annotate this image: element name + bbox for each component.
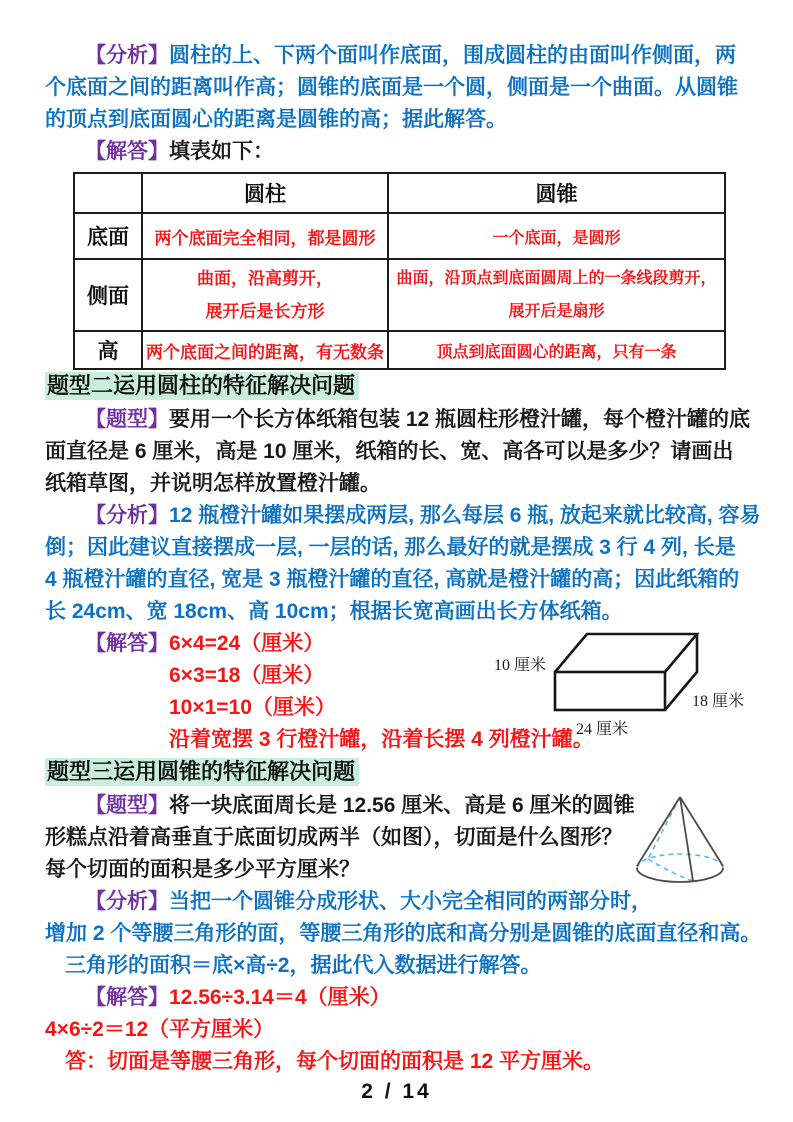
cuboid-front-face — [555, 672, 665, 710]
analysis-text: 当把一个圆锥分成形状、大小完全相同的两部分时， — [169, 890, 652, 913]
cell-line: 曲面，沿高剪开， — [143, 262, 387, 295]
answer-intro-line: 【解答】填表如下： — [45, 136, 763, 168]
analysis-label: 【分析】 — [85, 890, 169, 913]
box-length-label: 24 厘米 — [576, 716, 628, 739]
section-2-title: 题型二运用圆柱的特征解决问题 — [45, 372, 359, 400]
table-header-cone: 圆锥 — [388, 173, 725, 213]
cell-cylinder-base: 两个底面完全相同，都是圆形 — [142, 213, 388, 259]
cone-cut-visible-edge — [680, 797, 693, 881]
analysis-paragraph-2-line: 4 瓶橙汁罐的直径, 宽是 3 瓶橙汁罐的直径, 高就是橙汁罐的高；因此纸箱的 — [45, 564, 763, 596]
row-header-height: 高 — [74, 331, 142, 369]
analysis-paragraph-2-line: 【分析】12 瓶橙汁罐如果摆成两层, 那么每层 6 瓶, 放起来就比较高, 容易 — [45, 500, 763, 532]
analysis-paragraph-2-line: 长 24cm、宽 18cm、高 10cm；根据长宽高画出长方体纸箱。 — [45, 596, 763, 628]
problem-paragraph-2-line: 纸箱草图，并说明怎样放置橙汁罐。 — [45, 468, 763, 500]
cuboid-top-face — [555, 634, 697, 672]
cell-cone-side: 曲面，沿顶点到底面圆周上的一条线段剪开， 展开后是扇形 — [388, 259, 725, 331]
answer-label: 【解答】 — [85, 632, 169, 655]
analysis-paragraph-1-line: 个底面之间的距离叫作高；圆锥的底面是一个圆，侧面是一个曲面。从圆锥 — [45, 72, 763, 104]
cone-diagram — [618, 778, 758, 918]
problem-paragraph-2-line: 【题型】要用一个长方体纸箱包装 12 瓶圆柱形橙汁罐，每个橙汁罐的底 — [45, 404, 763, 436]
analysis-paragraph-3-line: 增加 2 个等腰三角形的面，等腰三角形的底和高分别是圆锥的底面直径和高。 — [45, 918, 763, 950]
analysis-label: 【分析】 — [85, 504, 169, 527]
cell-line: 展开后是扇形 — [389, 295, 724, 328]
equation: 12.56÷3.14＝4（厘米） — [169, 986, 391, 1009]
cell-cylinder-side: 曲面，沿高剪开， 展开后是长方形 — [142, 259, 388, 331]
cell-cylinder-height: 两个底面之间的距离，有无数条 — [142, 331, 388, 369]
table-row: 底面 两个底面完全相同，都是圆形 一个底面，是圆形 — [74, 213, 725, 259]
answer-intro-text: 填表如下： — [169, 140, 274, 163]
cell-line: 曲面，沿顶点到底面圆周上的一条线段剪开， — [389, 262, 724, 295]
cell-line: 展开后是长方形 — [143, 295, 387, 328]
analysis-paragraph-1-line: 【分析】圆柱的上、下两个面叫作底面，围成圆柱的由面叫作侧面，两 — [45, 40, 763, 72]
problem-text: 将一块底面周长是 12.56 厘米、高是 6 厘米的圆锥 — [169, 794, 635, 817]
cone-base-front-arc — [637, 868, 723, 882]
cell-cone-base: 一个底面，是圆形 — [388, 213, 725, 259]
answer-label: 【解答】 — [85, 986, 169, 1009]
table-row: 侧面 曲面，沿高剪开， 展开后是长方形 曲面，沿顶点到底面圆周上的一条线段剪开，… — [74, 259, 725, 331]
row-header-side: 侧面 — [74, 259, 142, 331]
analysis-paragraph-1-line: 的顶点到底面圆心的距离是圆锥的高；据此解答。 — [45, 104, 763, 136]
cone-cut-diameter — [648, 859, 693, 881]
cell-cone-height: 顶点到底面圆心的距离，只有一条 — [388, 331, 725, 369]
analysis-paragraph-3-line: 三角形的面积＝底×高÷2，据此代入数据进行解答。 — [45, 950, 763, 982]
analysis-text: 圆柱的上、下两个面叫作底面，围成圆柱的由面叫作侧面，两 — [169, 44, 736, 67]
problem-label: 【题型】 — [85, 794, 169, 817]
section-3-title: 题型三运用圆锥的特征解决问题 — [45, 758, 359, 786]
analysis-text: 12 瓶橙汁罐如果摆成两层, 那么每层 6 瓶, 放起来就比较高, 容易 — [169, 504, 761, 527]
answer-paragraph-3-line: 【解答】12.56÷3.14＝4（厘米） — [45, 982, 763, 1014]
problem-text: 要用一个长方体纸箱包装 12 瓶圆柱形橙汁罐，每个橙汁罐的底 — [169, 408, 750, 431]
cone-right-slant — [680, 797, 723, 866]
answer-label: 【解答】 — [85, 140, 169, 163]
problem-label: 【题型】 — [85, 408, 169, 431]
section-2-title-row: 题型二运用圆柱的特征解决问题 — [45, 372, 763, 402]
analysis-paragraph-2-line: 倒；因此建议直接摆成一层, 一层的话, 那么最好的就是摆成 3 行 4 列, 长… — [45, 532, 763, 564]
table-row: 高 两个底面之间的距离，有无数条 顶点到底面圆心的距离，只有一条 — [74, 331, 725, 369]
analysis-label: 【分析】 — [85, 44, 169, 67]
table-header-cylinder: 圆柱 — [142, 173, 388, 213]
box-depth-label: 18 厘米 — [692, 688, 744, 711]
answer-conclusion: 答：切面是等腰三角形，每个切面的面积是 12 平方厘米。 — [45, 1046, 763, 1078]
cone-svg — [618, 778, 758, 918]
table-header-row: 圆柱 圆锥 — [74, 173, 725, 213]
cone-left-slant — [637, 797, 680, 866]
box-height-label: 10 厘米 — [494, 652, 546, 675]
table-corner-cell — [74, 173, 142, 213]
equation: 6×4=24（厘米） — [169, 632, 324, 655]
page-number: 2 / 14 — [0, 1080, 793, 1104]
comparison-table: 圆柱 圆锥 底面 两个底面完全相同，都是圆形 一个底面，是圆形 侧面 曲面，沿高… — [73, 172, 726, 370]
equation: 4×6÷2＝12（平方厘米） — [45, 1014, 763, 1046]
problem-paragraph-2-line: 面直径是 6 厘米，高是 10 厘米，纸箱的长、宽、高各可以是多少？请画出 — [45, 436, 763, 468]
box-diagram: 10 厘米 18 厘米 24 厘米 — [488, 630, 753, 748]
row-header-base: 底面 — [74, 213, 142, 259]
